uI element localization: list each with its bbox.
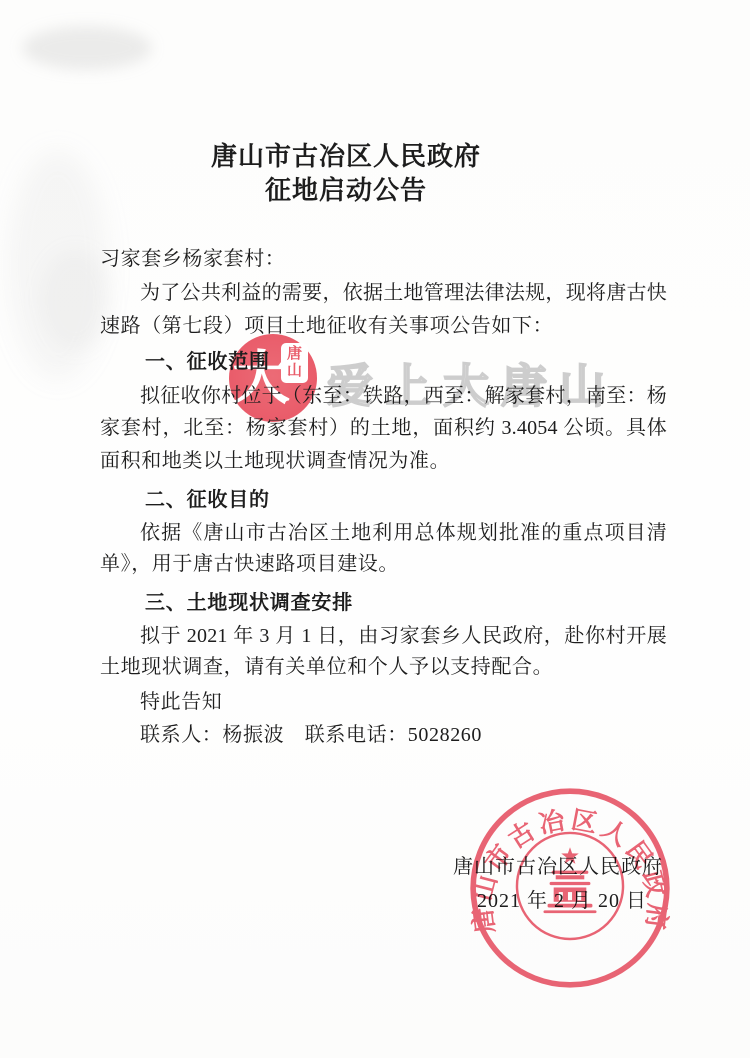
paragraph4-line1: 拟于 2021 年 3 月 1 日，由习家套乡人民政府，赴你村开展 <box>140 623 667 650</box>
doc-title-line2: 征地启动公告 <box>0 170 750 207</box>
salutation: 习家套乡杨家套村： <box>100 246 285 273</box>
paragraph1-line1: 为了公共利益的需要，依据土地管理法律法规，现将唐古快 <box>140 280 667 307</box>
watermark-logo-tangshan-box: 唐 山 <box>281 343 308 383</box>
contact-line: 联系人：杨振波 联系电话：5028260 <box>140 722 482 749</box>
scanned-announcement-page: { "page": { "paper_color": "#fdfdfc" }, … <box>0 0 750 1058</box>
paragraph2-line1: 拟征收你村位于（东至：铁路，西至：解家套村，南至：杨 <box>140 383 667 410</box>
seal-star-icon <box>561 847 579 864</box>
notice-line: 特此告知 <box>140 689 222 716</box>
paragraph1-line2: 速路（第七段）项目土地征收有关事项公告如下： <box>100 313 553 340</box>
paragraph2-line3: 面积和地类以土地现状调查情况为准。 <box>100 448 450 475</box>
seal-emblem-doors <box>559 892 581 900</box>
paragraph3-line2: 单》，用于唐古快速路项目建设。 <box>100 551 399 578</box>
watermark-logo-tang: 唐 <box>287 346 302 363</box>
section-heading-2: 二、征收目的 <box>145 487 270 514</box>
paragraph3-line1: 依据《唐山市古冶区土地利用总体规划批准的重点项目清 <box>140 520 667 547</box>
paragraph4-line2: 土地现状调查，请有关单位和个人予以支持配合。 <box>100 654 553 681</box>
seal-national-emblem <box>543 847 596 913</box>
paragraph2-line2: 家套村，北至：杨家套村）的土地，面积约 3.4054 公顷。具体 <box>100 415 667 442</box>
section-heading-3: 三、土地现状调查安排 <box>145 590 353 617</box>
official-seal: 唐山市古冶区人民政府 <box>466 784 674 992</box>
section-heading-1: 一、征收范围 <box>145 349 270 376</box>
doc-title-line1: 唐山市古冶区人民政府 <box>0 136 750 173</box>
watermark-logo-shan: 山 <box>287 363 302 380</box>
